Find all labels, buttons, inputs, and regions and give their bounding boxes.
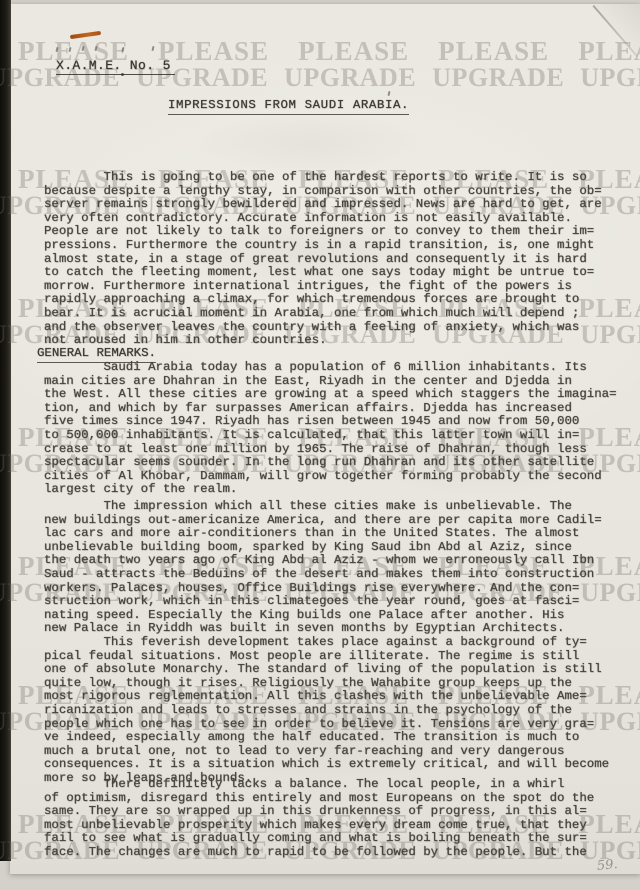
document-reference: X.A.M.E. No. 5	[56, 59, 175, 75]
paragraph-building-boom: The impression which all these cities ma…	[44, 500, 602, 636]
document-title: IMPRESSIONS FROM SAUDI ARABIA.	[168, 99, 409, 115]
scan-edge-left	[0, 0, 11, 861]
page-number: 59.	[596, 857, 618, 874]
scanned-document: PLEASEPLEASEPLEASEPLEASEPLEASEUPGRADEUPG…	[0, 0, 640, 890]
paragraph-introduction: This is going to be one of the hardest r…	[44, 171, 602, 348]
paragraph-lack-of-balance: There definitely lacks a balance. The lo…	[44, 778, 594, 860]
paragraph-population-cities: Saudi Arabia today has a population of 6…	[44, 361, 617, 497]
paragraph-feudal-background: This feverish development takes place ag…	[44, 636, 609, 786]
